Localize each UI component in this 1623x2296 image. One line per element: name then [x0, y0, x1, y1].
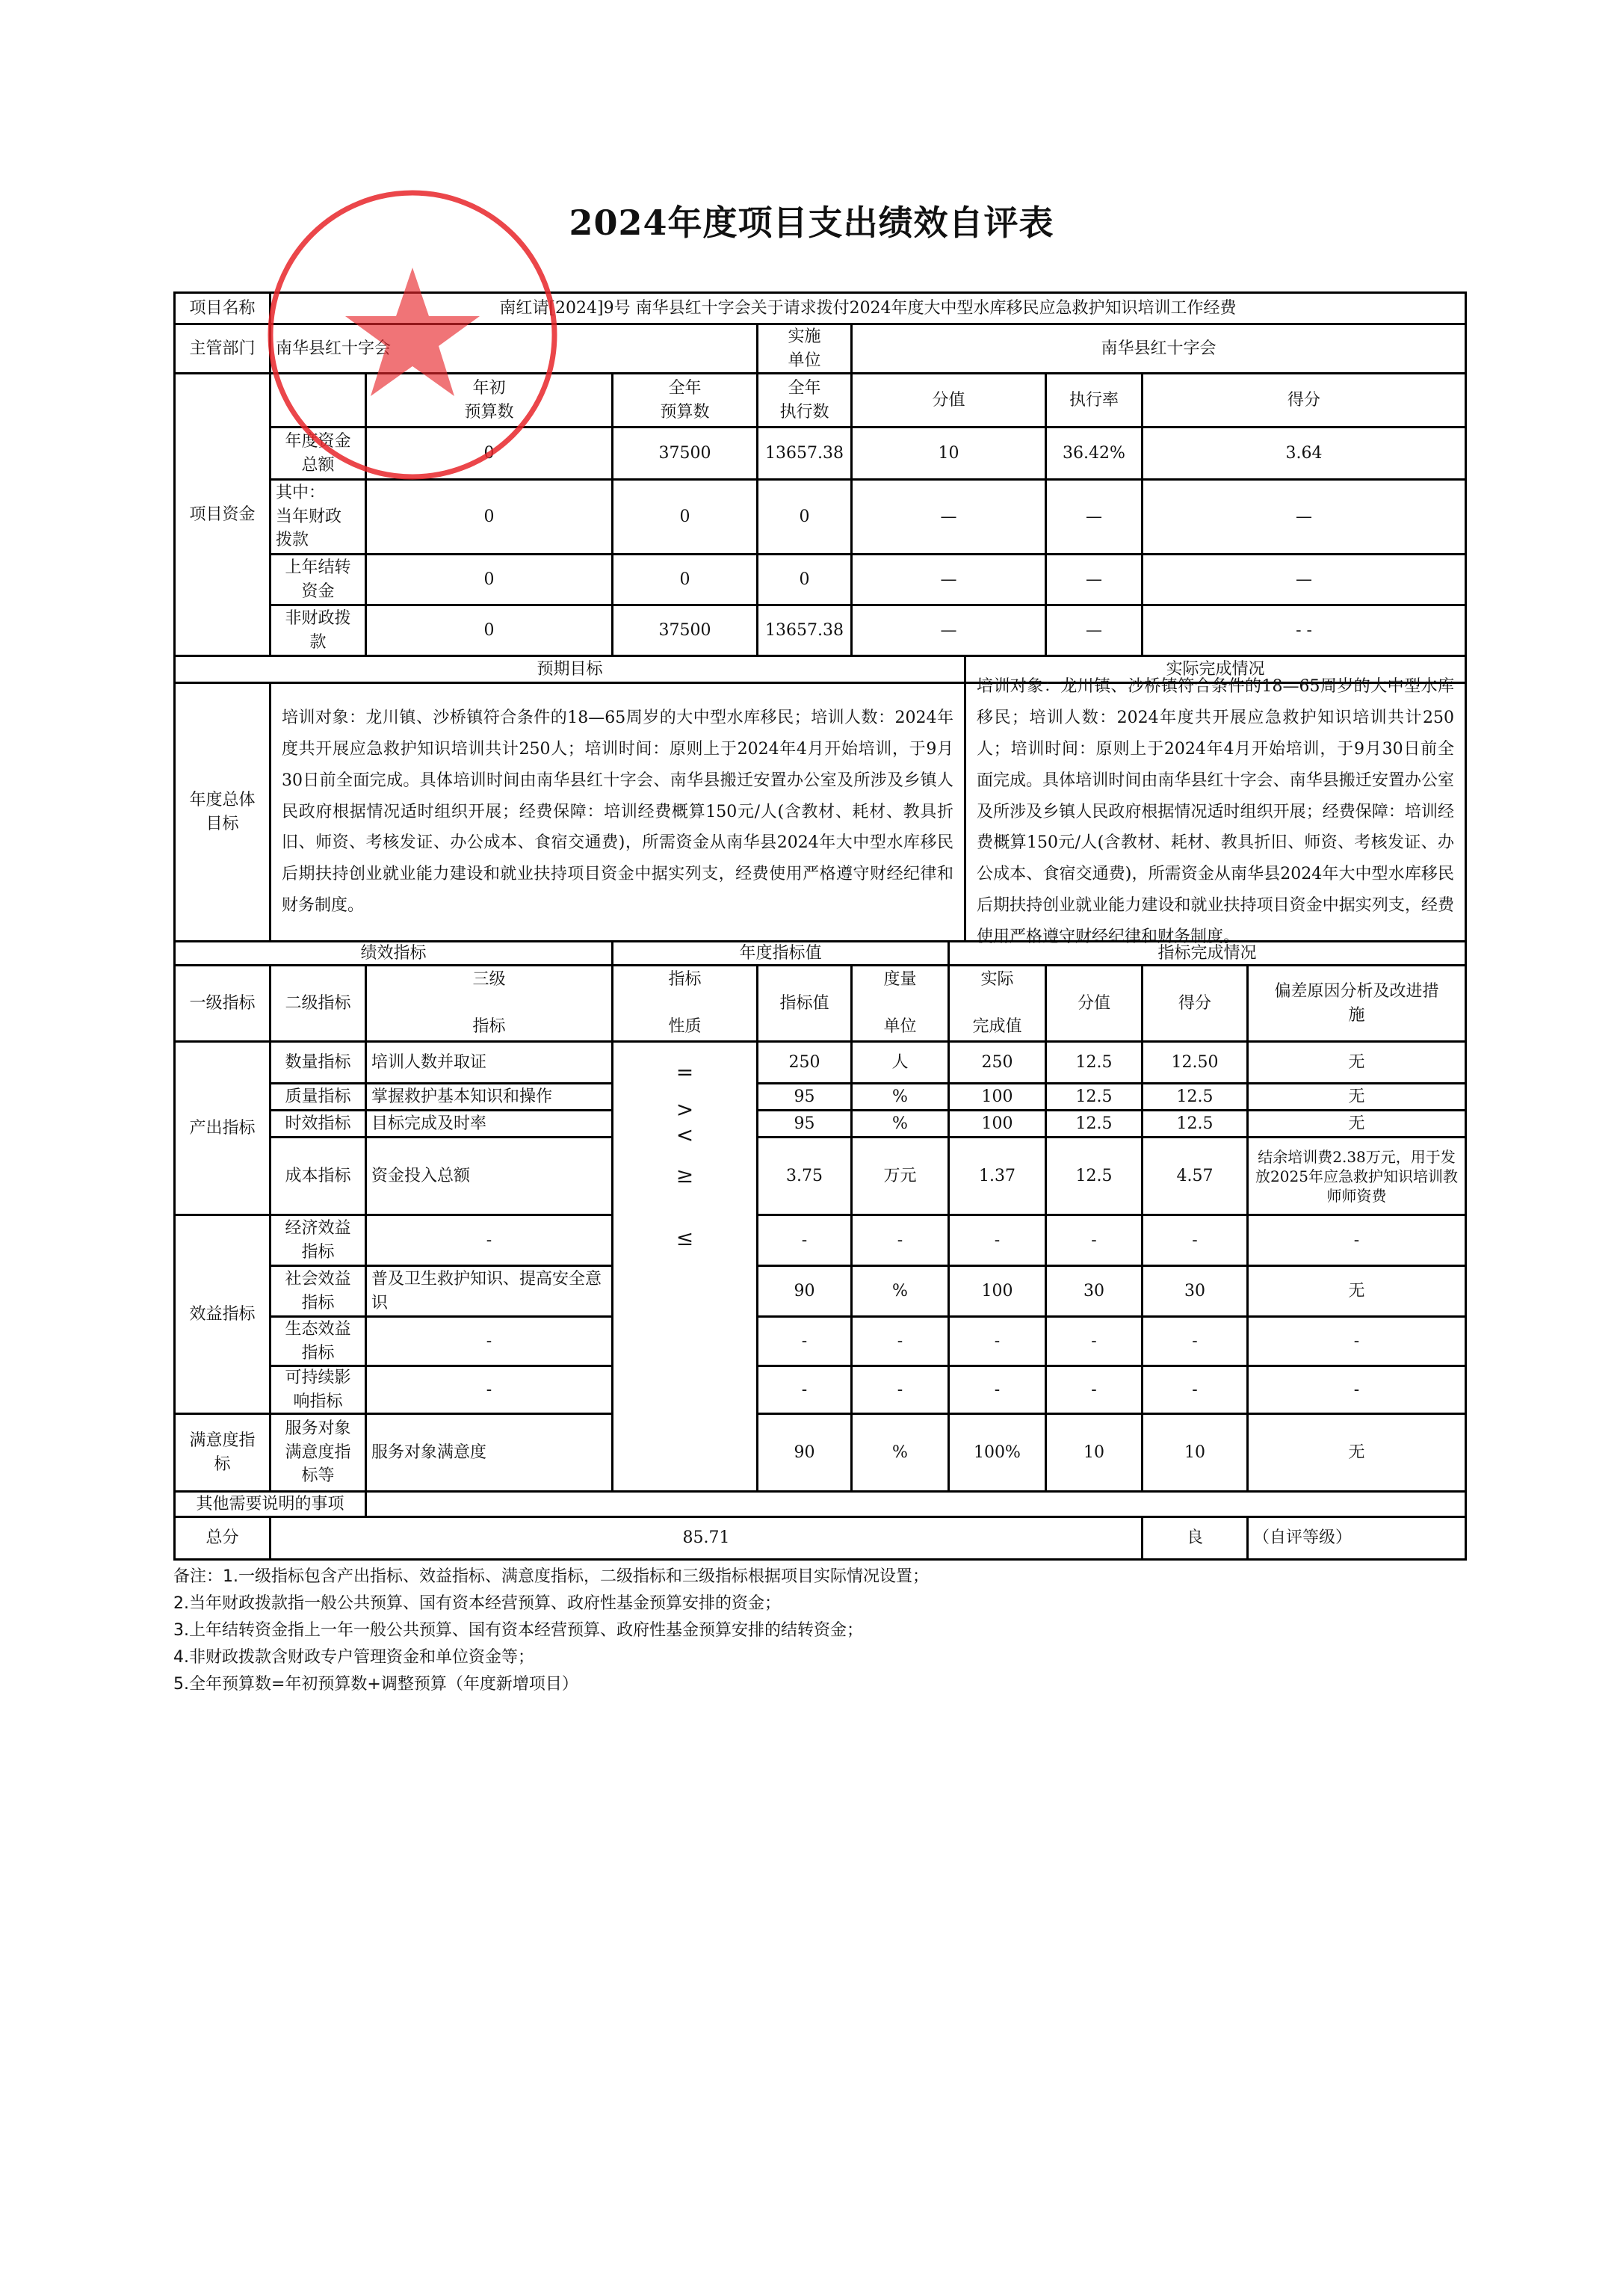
weight-value: - [1045, 1214, 1143, 1267]
funds-value: 3.64 [1141, 426, 1467, 481]
level3-indicator: - [365, 1214, 613, 1267]
funds-value: — [1045, 604, 1143, 657]
deviation-note: 无 [1246, 1040, 1467, 1084]
annual-goal-label: 年度总体 目标 [173, 682, 271, 942]
actual-value: 100 [947, 1109, 1047, 1138]
weight-value: 12.5 [1045, 1109, 1143, 1138]
funds-value: — [850, 553, 1047, 606]
note-item: 2.当年财政拨款指一般公共预算、国有资本经营预算、政府性基金预算安排的资金； [173, 1590, 929, 1617]
funds-value: 0 [365, 553, 613, 606]
note-item: 3.上年结转资金指上一年一般公共预算、国有资本经营预算、政府性基金预算安排的结转… [173, 1617, 929, 1644]
deviation-note: 无 [1246, 1265, 1467, 1318]
target-value: 95 [756, 1082, 853, 1111]
indicator-column-header: 指标 性质 [611, 964, 758, 1043]
actual-value: 1.37 [947, 1136, 1047, 1216]
indicator-column-header: 得分 [1141, 964, 1249, 1043]
level2-indicator: 服务对象 满意度指 标等 [269, 1413, 367, 1493]
funds-header-blank [269, 372, 367, 428]
funds-row-label: 其中： 当年财政 拨款 [269, 478, 367, 555]
measure-unit: 人 [850, 1040, 950, 1084]
target-value: - [756, 1365, 853, 1415]
department-value: 南华县红十字会 [269, 323, 758, 374]
funds-value: 10 [850, 426, 1047, 481]
deviation-note: - [1246, 1214, 1467, 1267]
other-matters-label: 其他需要说明的事项 [173, 1490, 367, 1518]
indicator-nature-column: =><≥≤ [611, 1040, 758, 1493]
department-label: 主管部门 [173, 323, 271, 374]
weight-value: 30 [1045, 1265, 1143, 1318]
level3-indicator: 服务对象满意度 [365, 1413, 613, 1493]
actual-value: 250 [947, 1040, 1047, 1084]
target-value: 90 [756, 1413, 853, 1493]
funds-value: 0 [365, 478, 613, 555]
funds-value: 0 [756, 553, 853, 606]
annual-target-header: 年度指标值 [611, 940, 950, 966]
measure-unit: - [850, 1214, 950, 1267]
indicator-column-header: 一级指标 [173, 964, 271, 1043]
score-value: - [1141, 1214, 1249, 1267]
indicator-column-header: 分值 [1045, 964, 1143, 1043]
self-rating-label: （自评等级） [1246, 1516, 1467, 1561]
target-value: 90 [756, 1265, 853, 1318]
note-item: 备注：1.一级指标包含产出指标、效益指标、满意度指标，二级指标和三级指标根据项目… [173, 1564, 929, 1590]
target-value: 3.75 [756, 1136, 853, 1216]
actual-value: - [947, 1214, 1047, 1267]
implementing-unit-label: 实施 单位 [756, 323, 853, 374]
measure-unit: - [850, 1315, 950, 1367]
weight-value: - [1045, 1365, 1143, 1415]
funds-value: 13657.38 [756, 426, 853, 481]
deviation-note: 无 [1246, 1082, 1467, 1111]
indicator-column-header: 三级 指标 [365, 964, 613, 1043]
funds-value: — [1045, 553, 1143, 606]
funds-section-label: 项目资金 [173, 372, 271, 657]
level2-indicator: 质量指标 [269, 1082, 367, 1111]
funds-value: 0 [365, 604, 613, 657]
level2-indicator: 数量指标 [269, 1040, 367, 1084]
funds-value: — [850, 604, 1047, 657]
comparison-operator: < [676, 1120, 693, 1151]
level3-indicator: - [365, 1365, 613, 1415]
deviation-note: 无 [1246, 1413, 1467, 1493]
comparison-operator: ≥ [676, 1161, 693, 1191]
expected-goals-header: 预期目标 [173, 655, 966, 684]
actual-value: - [947, 1315, 1047, 1367]
score-value: 30 [1141, 1265, 1249, 1318]
funds-row-label: 非财政拨 款 [269, 604, 367, 657]
level2-indicator: 经济效益 指标 [269, 1214, 367, 1267]
actual-value: 100 [947, 1082, 1047, 1111]
level3-indicator: 目标完成及时率 [365, 1109, 613, 1138]
comparison-operator: ≤ [676, 1223, 693, 1254]
comparison-operator: = [676, 1058, 693, 1088]
level2-indicator: 生态效益 指标 [269, 1315, 367, 1367]
funds-row-label: 年度资金 总额 [269, 426, 367, 481]
funds-value: - - [1141, 604, 1467, 657]
project-name-label: 项目名称 [173, 291, 271, 325]
target-value: 95 [756, 1109, 853, 1138]
weight-value: - [1045, 1315, 1143, 1367]
deviation-note: 无 [1246, 1109, 1467, 1138]
indicator-column-header: 指标值 [756, 964, 853, 1043]
measure-unit: % [850, 1413, 950, 1493]
score-value: - [1141, 1365, 1249, 1415]
level2-indicator: 社会效益 指标 [269, 1265, 367, 1318]
project-name-value: 南红请[2024]9号 南华县红十字会关于请求拨付2024年度大中型水库移民应急… [269, 291, 1467, 325]
funds-header: 全年 执行数 [756, 372, 853, 428]
actual-value: 100 [947, 1265, 1047, 1318]
level2-indicator: 可持续影 响指标 [269, 1365, 367, 1415]
funds-value: — [1141, 478, 1467, 555]
total-score-label: 总分 [173, 1516, 271, 1561]
indicator-column-header: 实际 完成值 [947, 964, 1047, 1043]
funds-value: 0 [365, 426, 613, 481]
funds-header: 全年 预算数 [611, 372, 758, 428]
deviation-note: - [1246, 1365, 1467, 1415]
score-value: 12.5 [1141, 1082, 1249, 1111]
note-item: 5.全年预算数=年初预算数+调整预算（年度新增项目） [173, 1671, 929, 1698]
funds-value: 0 [611, 553, 758, 606]
funds-header: 分值 [850, 372, 1047, 428]
other-matters-value [365, 1490, 1467, 1518]
level3-indicator: 普及卫生救护知识、提高安全意识 [365, 1265, 613, 1318]
indicator-column-header: 二级指标 [269, 964, 367, 1043]
measure-unit: % [850, 1109, 950, 1138]
funds-header: 年初 预算数 [365, 372, 613, 428]
funds-value: 13657.38 [756, 604, 853, 657]
funds-header: 执行率 [1045, 372, 1143, 428]
measure-unit: - [850, 1365, 950, 1415]
target-value: - [756, 1315, 853, 1367]
score-value: 4.57 [1141, 1136, 1249, 1216]
target-value: - [756, 1214, 853, 1267]
actual-value: 100% [947, 1413, 1047, 1493]
level1-satisfaction: 满意度指 标 [173, 1413, 271, 1493]
level3-indicator: 掌握救护基本知识和操作 [365, 1082, 613, 1111]
measure-unit: % [850, 1082, 950, 1111]
weight-value: 10 [1045, 1413, 1143, 1493]
performance-indicators-header: 绩效指标 [173, 940, 613, 966]
indicator-column-header: 度量 单位 [850, 964, 950, 1043]
funds-value: 37500 [611, 604, 758, 657]
weight-value: 12.5 [1045, 1040, 1143, 1084]
actual-value: - [947, 1365, 1047, 1415]
level3-indicator: 培训人数并取证 [365, 1040, 613, 1084]
score-value: 10 [1141, 1413, 1249, 1493]
funds-header: 得分 [1141, 372, 1467, 428]
level2-indicator: 时效指标 [269, 1109, 367, 1138]
target-value: 250 [756, 1040, 853, 1084]
actual-completion-text: 培训对象：龙川镇、沙桥镇符合条件的18—65周岁的大中型水库移民；培训人数：20… [964, 682, 1467, 942]
notes: 备注：1.一级指标包含产出指标、效益指标、满意度指标，二级指标和三级指标根据项目… [173, 1564, 929, 1698]
expected-goal-text: 培训对象：龙川镇、沙桥镇符合条件的18—65周岁的大中型水库移民；培训人数：20… [269, 682, 966, 942]
funds-row-label: 上年结转 资金 [269, 553, 367, 606]
indicator-completion-header: 指标完成情况 [947, 940, 1467, 966]
funds-value: 0 [756, 478, 853, 555]
level2-indicator: 成本指标 [269, 1136, 367, 1216]
funds-value: — [1141, 553, 1467, 606]
measure-unit: 万元 [850, 1136, 950, 1216]
funds-value: 0 [611, 478, 758, 555]
implementing-unit-value: 南华县红十字会 [850, 323, 1467, 374]
level3-indicator: - [365, 1315, 613, 1367]
note-item: 4.非财政拨款含财政专户管理资金和单位资金等； [173, 1644, 929, 1671]
score-value: - [1141, 1315, 1249, 1367]
score-value: 12.5 [1141, 1109, 1249, 1138]
level3-indicator: 资金投入总额 [365, 1136, 613, 1216]
level1-benefit: 效益指标 [173, 1214, 271, 1415]
funds-value: — [850, 478, 1047, 555]
funds-value: 36.42% [1045, 426, 1143, 481]
level1-output: 产出指标 [173, 1040, 271, 1216]
score-value: 12.50 [1141, 1040, 1249, 1084]
indicator-column-header: 偏差原因分析及改进措 施 [1246, 964, 1467, 1043]
weight-value: 12.5 [1045, 1082, 1143, 1111]
funds-value: — [1045, 478, 1143, 555]
measure-unit: % [850, 1265, 950, 1318]
self-rating-grade: 良 [1141, 1516, 1249, 1561]
deviation-note: 结余培训费2.38万元，用于发放2025年应急救护知识培训教师师资费 [1246, 1136, 1467, 1216]
page-title: 2024年度项目支出绩效自评表 [0, 196, 1623, 245]
funds-value: 37500 [611, 426, 758, 481]
total-score-value: 85.71 [269, 1516, 1143, 1561]
deviation-note: - [1246, 1315, 1467, 1367]
weight-value: 12.5 [1045, 1136, 1143, 1216]
